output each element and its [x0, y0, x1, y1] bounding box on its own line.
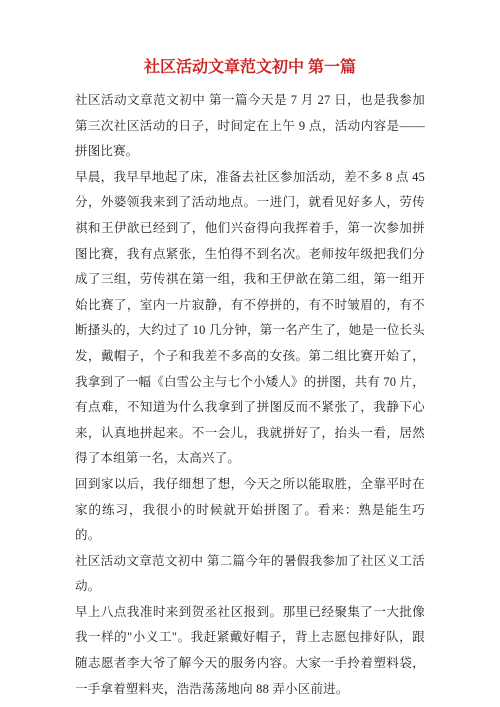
document-body: 社区活动文章范文初中 第一篇今天是 7 月 27 日，也是我参加第三次社区活动的…	[75, 88, 425, 702]
document-page: 社区活动文章范文初中 第一篇 社区活动文章范文初中 第一篇今天是 7 月 27 …	[0, 0, 500, 707]
page-title: 社区活动文章范文初中 第一篇	[75, 57, 425, 79]
paragraph: 早晨，我早早地起了床，准备去社区参加活动，差不多 8 点 45 分，外婆领我来到…	[75, 165, 425, 472]
paragraph: 社区活动文章范文初中 第二篇今年的暑假我参加了社区义工活动。	[75, 549, 425, 600]
paragraph: 回到家以后，我仔细想了想，今天之所以能取胜，全靠平时在家的练习，我很小的时候就开…	[75, 472, 425, 549]
paragraph: 社区活动文章范文初中 第一篇今天是 7 月 27 日，也是我参加第三次社区活动的…	[75, 88, 425, 165]
paragraph: 早上八点我准时来到贺丞社区报到。那里已经聚集了一大批像我一样的"小义工"。我赶紧…	[75, 600, 425, 702]
